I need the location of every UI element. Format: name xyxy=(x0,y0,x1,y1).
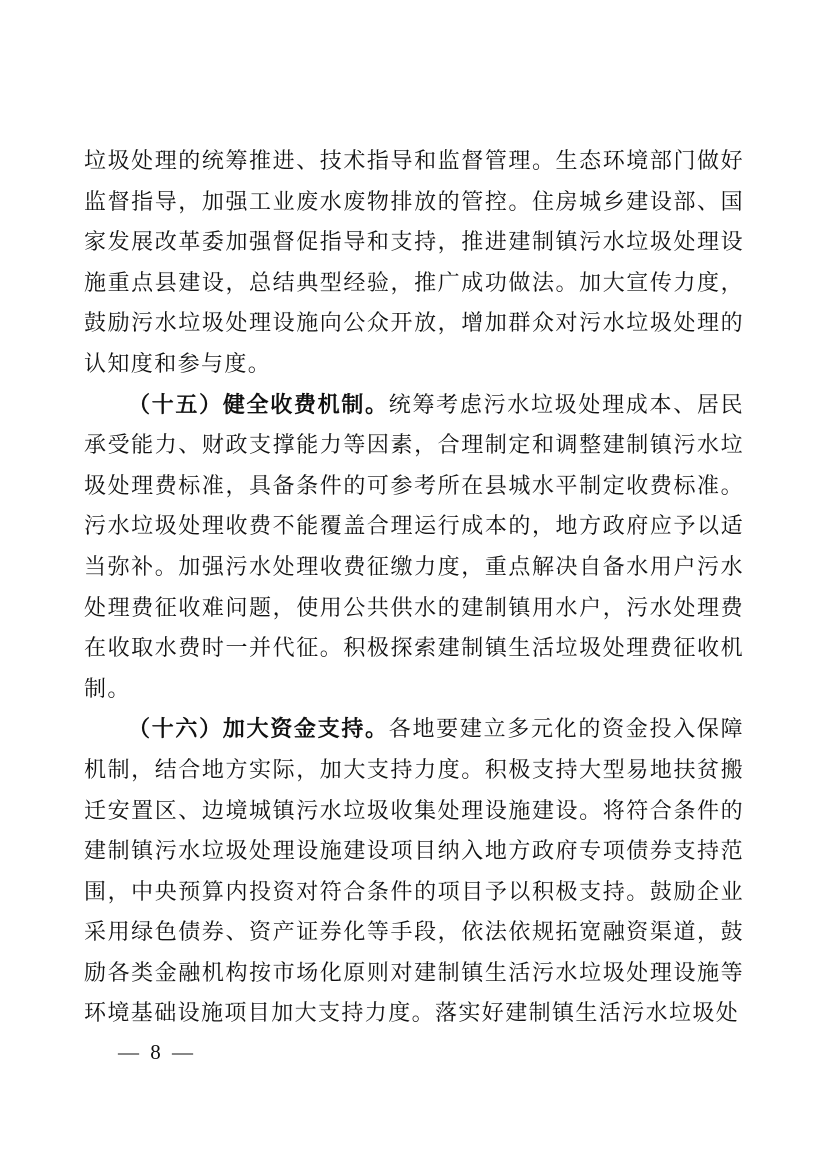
paragraph-section-15: （十五）健全收费机制。统筹考虑污水垃圾处理成本、居民承受能力、财政支撑能力等因素… xyxy=(84,385,744,710)
page-number: — 8 — xyxy=(118,1040,196,1065)
paragraph-section-16: （十六）加大资金支持。各地要建立多元化的资金投入保障机制，结合地方实际，加大支持… xyxy=(84,709,744,1034)
paragraph-text: 各地要建立多元化的资金投入保障机制，结合地方实际，加大支持力度。积极支持大型易地… xyxy=(84,716,744,1025)
document-content: 垃圾处理的统筹推进、技术指导和监督管理。生态环境部门做好监督指导，加强工业废水废… xyxy=(84,141,744,1034)
paragraph-text: 垃圾处理的统筹推进、技术指导和监督管理。生态环境部门做好监督指导，加强工业废水废… xyxy=(84,148,744,376)
paragraph-continuation: 垃圾处理的统筹推进、技术指导和监督管理。生态环境部门做好监督指导，加强工业废水废… xyxy=(84,141,744,385)
paragraph-text: 统筹考虑污水垃圾处理成本、居民承受能力、财政支撑能力等因素，合理制定和调整建制镇… xyxy=(84,392,744,701)
document-page: 垃圾处理的统筹推进、技术指导和监督管理。生态环境部门做好监督指导，加强工业废水废… xyxy=(0,0,826,1169)
section-16-heading: （十六）加大资金支持。 xyxy=(128,716,389,741)
section-15-heading: （十五）健全收费机制。 xyxy=(128,392,389,417)
